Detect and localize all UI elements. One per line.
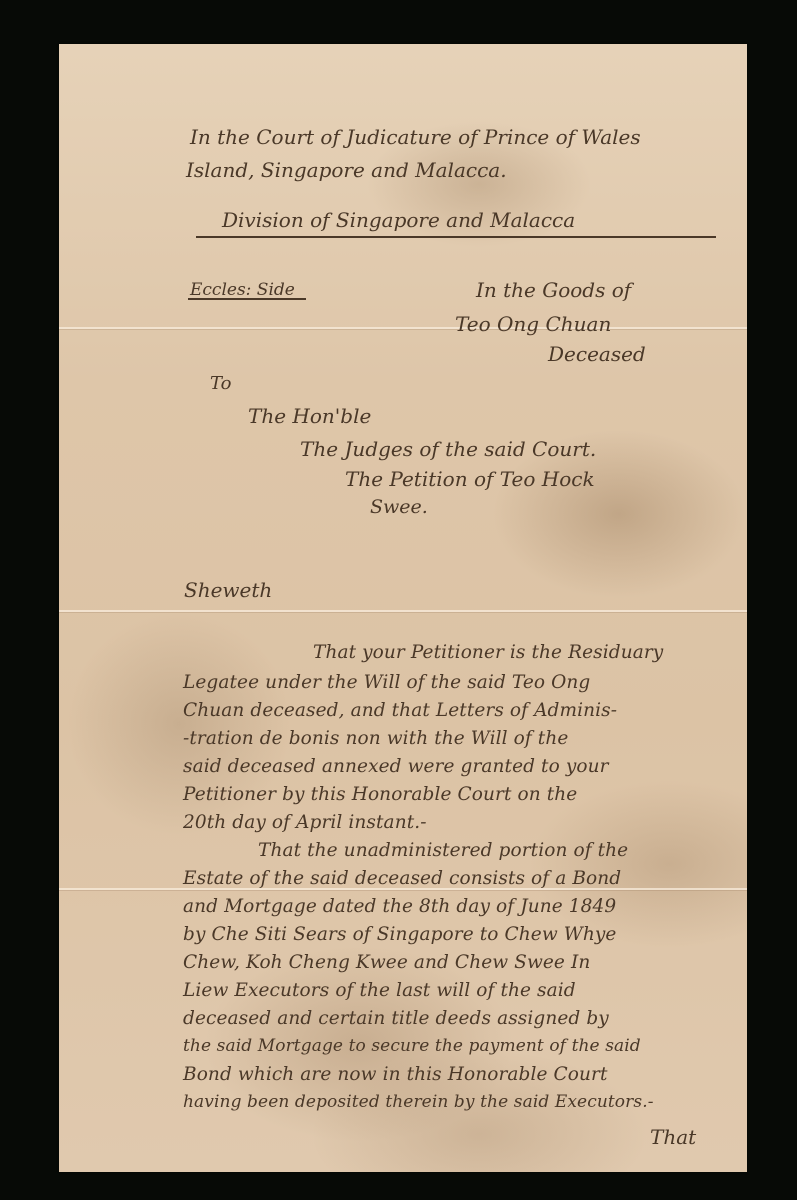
catchword: That <box>650 1125 696 1149</box>
body-line: Liew Executors of the last will of the s… <box>183 980 576 1001</box>
fold-line <box>59 327 747 329</box>
body-line: Estate of the said deceased consists of … <box>183 868 621 889</box>
division-underline <box>196 236 716 238</box>
body-line: deceased and certain title deeds assigne… <box>183 1008 609 1029</box>
body-line: -tration de bonis non with the Will of t… <box>183 728 568 749</box>
body-line: the said Mortgage to secure the payment … <box>183 1036 641 1056</box>
division-heading: Division of Singapore and Malacca <box>222 208 575 232</box>
body-line: 20th day of April instant.- <box>183 812 427 833</box>
matter-line2: Teo Ong Chuan <box>455 312 611 336</box>
body-line: Bond which are now in this Honorable Cou… <box>183 1064 608 1085</box>
court-heading-line1: In the Court of Judicature of Prince of … <box>190 125 641 149</box>
address-line2: The Judges of the said Court. <box>300 437 596 461</box>
address-line4: Swee. <box>370 495 428 519</box>
body-line: That the unadministered portion of the <box>258 840 628 861</box>
sheweth-label: Sheweth <box>184 578 272 602</box>
address-line1: The Hon'ble <box>248 404 371 428</box>
body-line: That your Petitioner is the Residuary <box>313 642 663 663</box>
jurisdiction-underline <box>188 298 306 300</box>
body-line: and Mortgage dated the 8th day of June 1… <box>183 896 616 917</box>
document-viewer: In the Court of Judicature of Prince of … <box>0 0 797 1200</box>
body-line: by Che Siti Sears of Singapore to Chew W… <box>183 924 616 945</box>
matter-line1: In the Goods of <box>476 278 631 302</box>
address-line3: The Petition of Teo Hock <box>345 467 595 491</box>
body-line: Legatee under the Will of the said Teo O… <box>183 672 590 693</box>
body-line: Petitioner by this Honorable Court on th… <box>183 784 577 805</box>
matter-line3: Deceased <box>548 342 646 366</box>
address-to: To <box>210 372 231 396</box>
body-line: said deceased annexed were granted to yo… <box>183 756 609 777</box>
body-line: Chew, Koh Cheng Kwee and Chew Swee In <box>183 952 590 973</box>
body-line: Chuan deceased, and that Letters of Admi… <box>183 700 617 721</box>
court-heading-line2: Island, Singapore and Malacca. <box>186 158 507 182</box>
body-line: having been deposited therein by the sai… <box>183 1092 654 1112</box>
fold-line <box>59 610 747 612</box>
